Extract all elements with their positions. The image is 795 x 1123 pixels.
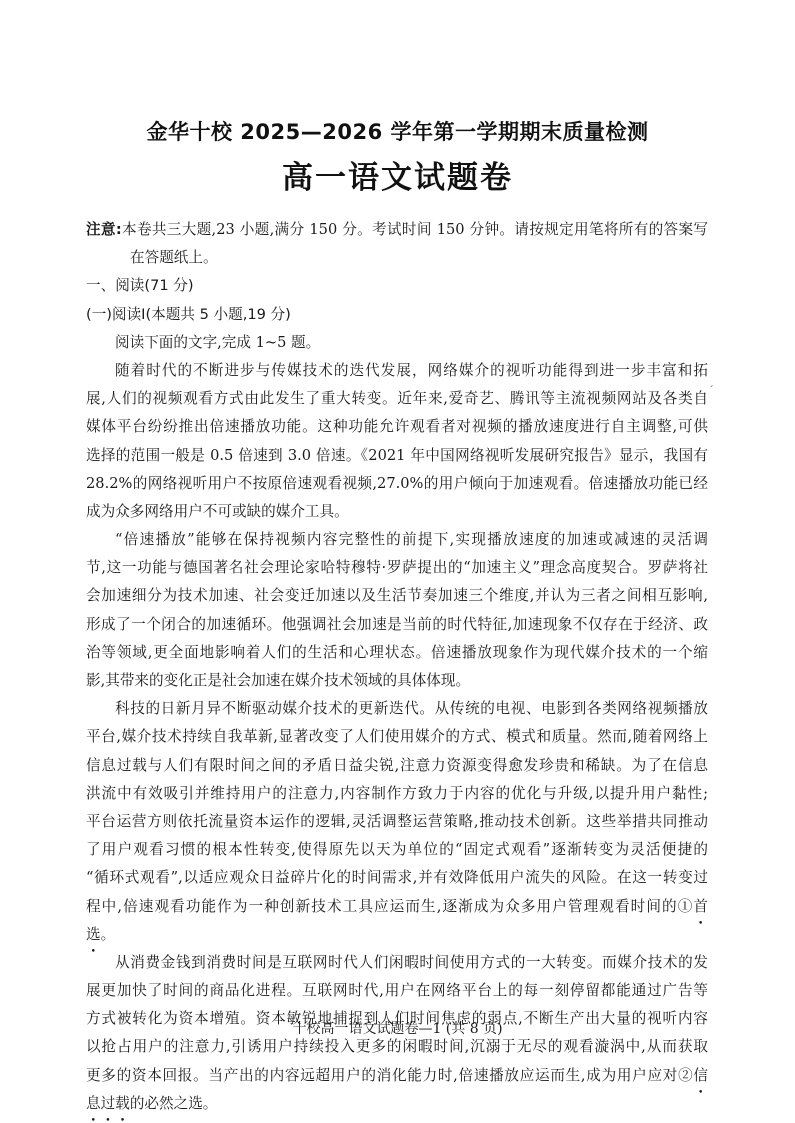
paragraph-line-with-mark-1: 程中,倍速观看功能作为一种创新技术工具应运而生,逐渐成为众多用户管理观看时间的①… [86, 893, 708, 921]
paragraph-line: 平台,媒介技术持续自我革新,显著改变了人们使用媒介的方式、模式和质量。然而,随着… [86, 723, 708, 751]
marker-1: ① [678, 898, 694, 915]
paragraph-line: 了用户观看习惯的根本性转变,使得原先以天为单位的“固定式观看”逐渐转变为灵活便捷… [86, 836, 708, 864]
paragraph-2: “倍速播放”能够在保持视频内容完整性的前提下,实现播放速度的加速或减速的灵活调 … [86, 526, 708, 695]
notice-text-line-1: 本卷共三大题,23 小题,满分 150 分。考试时间 150 分钟。请按规定用笔… [122, 221, 708, 238]
exam-title: 金华十校 2025—2026 学年第一学期期末质量检测 [0, 116, 795, 146]
notice-text-line-2: 在答题纸上。 [86, 244, 708, 272]
paragraph-1: 随着时代的不断进步与传媒技术的迭代发展，网络媒介的视听功能得到进一步丰富和拓 展… [86, 357, 708, 526]
marked-char: 载 [115, 1095, 130, 1112]
paragraph-line: 28.2%的网络视听用户不按原倍速观看视频,27.0%的用户倾向于加速观看。倍速… [86, 470, 708, 498]
paragraph-line: 选择的范围一般是 0.5 倍速到 3.0 倍速。《2021 年中国网络视听发展研… [86, 442, 708, 470]
paragraph-line: 节,这一功能与德国著名社会理论家哈特穆特·罗萨提出的“加速主义”理念高度契合。罗… [86, 554, 708, 582]
marked-char: 选 [86, 926, 101, 943]
marked-char: 息 [86, 1095, 101, 1112]
paragraph-line: 从消费金钱到消费时间是互联网时代人们闲暇时间使用方式的一大转变。而媒介技术的发 [86, 949, 708, 977]
scan-mark: ˊ [710, 385, 713, 396]
paragraph-line: 科技的日新月异不断驱动媒介技术的更新迭代。从传统的电视、电影到各类网络视频播放 [86, 695, 708, 723]
paragraph-line: 洪流中有效吸引并维持用户的注意力,内容制作方致力于内容的优化与升级,以提升用户黏… [86, 780, 708, 808]
marked-char: 过 [101, 1095, 116, 1112]
paragraph-line: 息过载的必然之选。 [86, 1090, 708, 1118]
paragraph-line: “倍速播放”能够在保持视频内容完整性的前提下,实现播放速度的加速或减速的灵活调 [86, 526, 708, 554]
paragraph-line: 治等领域,更全面地影响着人们的生活和心理状态。倍速播放现象作为现代媒介技术的一个… [86, 639, 708, 667]
paragraph-line: 影,其带来的变化正是社会加速在媒介技术领域的具体体现。 [86, 667, 708, 695]
paragraph-line: 平台运营方则依托流量资本运作的逻辑,灵活调整运营策略,推动技术创新。这些举措共同… [86, 808, 708, 836]
paragraph-line: 成为众多网络用户不可或缺的媒介工具。 [86, 498, 708, 526]
paragraph-line: 展,人们的视频观看方式由此发生了重大转变。近年来,爱奇艺、腾讯等主流视频网站及各… [86, 385, 708, 413]
paragraph-line-with-mark-2: 更多的资本回报。当产出的内容远超用户的消化能力时,倍速播放应运而生,成为用户应对… [86, 1062, 708, 1090]
exam-page: 金华十校 2025—2026 学年第一学期期末质量检测 高一语文试题卷 ˊ 注意… [0, 0, 795, 1123]
paragraph-line: 媒体平台纷纷推出倍速播放功能。这种功能允许观看者对视频的播放速度进行自主调整,可… [86, 413, 708, 441]
paragraph-line: 展更加快了时间的商品化进程。互联网时代,用户在网络平台上的每一刻停留都能通过广告… [86, 977, 708, 1005]
paragraph-line: “循环式观看”,以适应观众日益碎片化的时间需求,并有效降低用户流失的风险。在这一… [86, 864, 708, 892]
paragraph-3: 科技的日新月异不断驱动媒介技术的更新迭代。从传统的电视、电影到各类网络视频播放 … [86, 695, 708, 949]
paragraph-line: 会加速细分为技术加速、社会变迁加速以及生活节奏加速三个维度,并认为三者之间相互影… [86, 582, 708, 610]
page-footer: 十校高一语文试题卷—1 (共 8 页) [0, 1018, 795, 1038]
paragraph-line: 选。 [86, 921, 708, 949]
marker-2: ② [678, 1067, 693, 1084]
notice-label: 注意: [86, 221, 122, 238]
paragraph-line: 信息过载与人们有限时间之间的矛盾日益尖锐,注意力资源变得愈发珍贵和稀缺。为了在信… [86, 752, 708, 780]
instruction: 阅读下面的文字,完成 1~5 题。 [86, 329, 708, 357]
paragraph-line: 随着时代的不断进步与传媒技术的迭代发展，网络媒介的视听功能得到进一步丰富和拓 [86, 357, 708, 385]
marked-char: 首 [693, 898, 708, 915]
paper-title: 高一语文试题卷 [0, 152, 795, 197]
section-title: 一、阅读(71 分) [86, 272, 708, 300]
exam-body: 注意:本卷共三大题,23 小题,满分 150 分。考试时间 150 分钟。请按规… [86, 216, 708, 1118]
subsection-title: (一)阅读Ⅰ(本题共 5 小题,19 分) [86, 301, 708, 329]
paragraph-line: 形成了一个闭合的加速循环。他强调社会加速是当前的时代特征,加速现象不仅存在于经济… [86, 611, 708, 639]
notice: 注意:本卷共三大题,23 小题,满分 150 分。考试时间 150 分钟。请按规… [86, 216, 708, 272]
marked-char: 信 [693, 1067, 708, 1084]
